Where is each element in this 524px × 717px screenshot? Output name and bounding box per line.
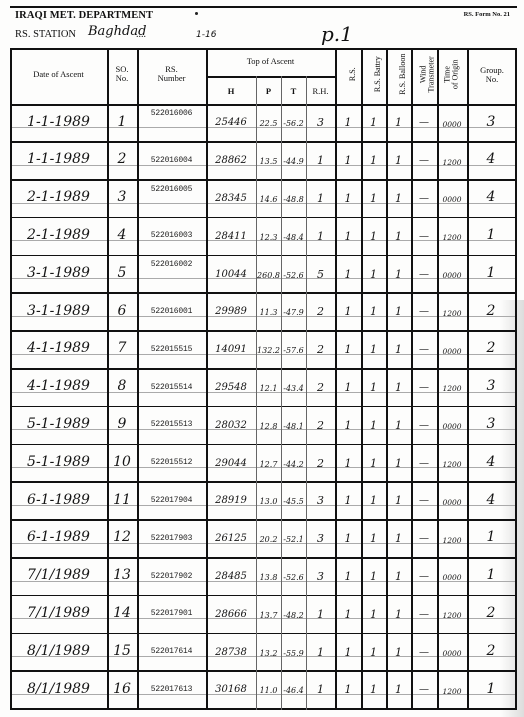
header-t: T (281, 87, 306, 96)
date-cell: 2-1-1989 (10, 227, 107, 243)
header-so-no-line2: No. (107, 74, 137, 83)
rs-number-cell: 522017903 (137, 534, 206, 543)
time-of-origin-cell: 0000 (437, 271, 467, 280)
date-cell: 1-1-1989 (10, 151, 107, 167)
header-group-line2: No. (467, 75, 517, 84)
battery-cell: 1 (361, 154, 386, 167)
so-number-cell: 5 (107, 265, 137, 281)
pressure-cell: 260.8 (256, 271, 281, 280)
time-of-origin-cell: 0000 (437, 649, 467, 658)
date-cell: 7/1/1989 (10, 605, 107, 621)
rs-cell: 1 (335, 154, 361, 167)
humidity-cell: 1 (306, 192, 335, 205)
rs-number-cell: 522015515 (137, 345, 206, 354)
time-of-origin-cell: 1200 (437, 309, 467, 318)
battery-cell: 1 (361, 683, 386, 696)
balloon-cell: 1 (386, 343, 411, 356)
humidity-cell: 1 (306, 154, 335, 167)
table-row: 4-1-1989752201551514091132.2-57.62111—00… (10, 332, 517, 370)
wind-transmitter-cell: — (411, 684, 437, 695)
wind-transmitter-cell: — (411, 155, 437, 166)
header-p: P (256, 87, 281, 96)
height-cell: 26125 (206, 533, 256, 544)
date-cell: 8/1/1989 (10, 643, 107, 659)
height-cell: 10044 (206, 269, 256, 280)
group-number-cell: 2 (467, 643, 515, 659)
wind-transmitter-cell: — (411, 609, 437, 620)
battery-cell: 1 (361, 532, 386, 545)
height-cell: 28411 (206, 231, 256, 242)
rs-number-cell: 522015514 (137, 383, 206, 392)
humidity-cell: 2 (306, 381, 335, 394)
pressure-cell: 13.8 (256, 573, 281, 582)
rs-number-cell: 522017904 (137, 496, 206, 505)
pressure-cell: 11.3 (256, 308, 281, 317)
height-cell: 14091 (206, 344, 256, 355)
height-cell: 25446 (206, 117, 256, 128)
rs-cell: 1 (335, 230, 361, 243)
pressure-cell: 132.2 (256, 346, 281, 355)
row-rule (10, 708, 517, 710)
table-row: 6-1-1989125220179032612520.2-52.13111—12… (10, 521, 517, 559)
so-number-cell: 8 (107, 378, 137, 394)
top-of-ascent-rule (206, 76, 335, 78)
rs-cell: 1 (335, 608, 361, 621)
column-rule (107, 48, 109, 710)
battery-cell: 1 (361, 305, 386, 318)
group-number-cell: 3 (467, 114, 515, 130)
table-row: 5-1-198995220155132803212.8-48.12111—000… (10, 407, 517, 445)
time-of-origin-cell: 1200 (437, 460, 467, 469)
wind-transmitter-cell: — (411, 647, 437, 658)
height-cell: 28666 (206, 609, 256, 620)
pressure-cell: 20.2 (256, 535, 281, 544)
humidity-cell: 2 (306, 457, 335, 470)
temperature-cell: -48.4 (281, 233, 306, 242)
table-row: 7/1/1989135220179022848513.8-52.63111—00… (10, 559, 517, 597)
rs-number-cell: 522015513 (137, 420, 206, 429)
column-rule (411, 48, 413, 710)
header-rs-balloon: R.S. Balloon (399, 34, 407, 114)
header-h: H (206, 87, 256, 96)
height-cell: 29044 (206, 458, 256, 469)
so-number-cell: 2 (107, 151, 137, 167)
group-number-cell: 1 (467, 681, 515, 697)
pressure-cell: 14.6 (256, 195, 281, 204)
balloon-cell: 1 (386, 305, 411, 318)
battery-cell: 1 (361, 192, 386, 205)
time-of-origin-cell: 1200 (437, 687, 467, 696)
header-rs-number-line2: Number (137, 74, 206, 83)
date-cell: 2-1-1989 (10, 189, 107, 205)
column-rule (281, 76, 282, 710)
date-cell: 5-1-1989 (10, 416, 107, 432)
date-cell: 8/1/1989 (10, 681, 107, 697)
battery-cell: 1 (361, 608, 386, 621)
station-dots: .... (136, 29, 146, 40)
column-rule (335, 48, 337, 710)
battery-cell: 1 (361, 494, 386, 507)
rs-cell: 1 (335, 494, 361, 507)
humidity-cell: 3 (306, 494, 335, 507)
group-number-cell: 2 (467, 340, 515, 356)
form-number: RS. Form No. 21 (464, 11, 510, 18)
temperature-cell: -48.8 (281, 195, 306, 204)
battery-cell: 1 (361, 419, 386, 432)
date-cell: 3-1-1989 (10, 303, 107, 319)
table-row: 2-1-198935220160052834514.6-48.81111—000… (10, 181, 517, 219)
header-so-no: SO. No. (107, 65, 137, 83)
group-number-cell: 2 (467, 605, 515, 621)
header-top-rule (10, 48, 517, 50)
humidity-cell: 2 (306, 343, 335, 356)
rs-cell: 1 (335, 419, 361, 432)
wind-transmitter-cell: — (411, 193, 437, 204)
pressure-cell: 12.8 (256, 422, 281, 431)
wind-transmitter-cell: — (411, 533, 437, 544)
header-date: Date of Ascent (10, 70, 107, 79)
battery-cell: 1 (361, 570, 386, 583)
balloon-cell: 1 (386, 192, 411, 205)
temperature-cell: -57.6 (281, 346, 306, 355)
header-rs-battery: R.S. Battry (374, 34, 382, 114)
temperature-cell: -48.1 (281, 422, 306, 431)
ascent-table: Date of Ascent SO. No. RS. Number Top of… (10, 48, 517, 712)
height-cell: 28919 (206, 495, 256, 506)
balloon-cell: 1 (386, 608, 411, 621)
wind-transmitter-cell: — (411, 458, 437, 469)
balloon-cell: 1 (386, 381, 411, 394)
header-rh: R.H. (306, 87, 335, 96)
entry-range: 1-16 (196, 30, 216, 40)
date-cell: 6-1-1989 (10, 529, 107, 545)
battery-cell: 1 (361, 116, 386, 129)
rs-number-cell: 522017614 (137, 647, 206, 656)
group-number-cell: 4 (467, 454, 515, 470)
rs-number-cell: 522016006 (137, 109, 206, 118)
date-cell: 1-1-1989 (10, 114, 107, 130)
column-rule (306, 76, 307, 710)
column-rule (137, 48, 139, 710)
balloon-cell: 1 (386, 419, 411, 432)
temperature-cell: -52.6 (281, 573, 306, 582)
pressure-cell: 13.0 (256, 497, 281, 506)
so-number-cell: 11 (107, 492, 137, 508)
group-number-cell: 2 (467, 303, 515, 319)
temperature-cell: -55.9 (281, 649, 306, 658)
so-number-cell: 16 (107, 681, 137, 697)
form-page: IRAQI MET. DEPARTMENT RS. Form No. 21 RS… (0, 0, 524, 717)
pressure-cell: 12.3 (256, 233, 281, 242)
rs-number-cell: 522017902 (137, 572, 206, 581)
balloon-cell: 1 (386, 532, 411, 545)
rs-number-cell: 522016001 (137, 307, 206, 316)
table-row: 2-1-198945220160032841112.3-48.41111—120… (10, 218, 517, 256)
time-of-origin-cell: 0000 (437, 120, 467, 129)
time-of-origin-cell: 0000 (437, 195, 467, 204)
so-number-cell: 15 (107, 643, 137, 659)
rs-cell: 1 (335, 305, 361, 318)
table-row: 8/1/1989165220176133016811.0-46.41111—12… (10, 672, 517, 710)
rs-cell: 1 (335, 343, 361, 356)
so-number-cell: 7 (107, 340, 137, 356)
temperature-cell: -44.9 (281, 157, 306, 166)
wind-transmitter-cell: — (411, 420, 437, 431)
wind-transmitter-cell: — (411, 495, 437, 506)
group-number-cell: 4 (467, 189, 515, 205)
header-rs-number: RS. Number (137, 65, 206, 83)
temperature-cell: -52.6 (281, 271, 306, 280)
so-number-cell: 13 (107, 567, 137, 583)
rs-cell: 1 (335, 192, 361, 205)
rs-cell: 1 (335, 646, 361, 659)
wind-transmitter-cell: — (411, 306, 437, 317)
battery-cell: 1 (361, 457, 386, 470)
humidity-cell: 1 (306, 230, 335, 243)
table-row: 4-1-198985220155142954812.1-43.42111—120… (10, 370, 517, 408)
column-rule (361, 48, 363, 710)
height-cell: 28738 (206, 647, 256, 658)
station-label: RS. STATION (15, 29, 76, 40)
rs-cell: 1 (335, 381, 361, 394)
pressure-cell: 12.1 (256, 384, 281, 393)
wind-transmitter-cell: — (411, 269, 437, 280)
wind-transmitter-cell: — (411, 382, 437, 393)
date-cell: 6-1-1989 (10, 492, 107, 508)
height-cell: 28485 (206, 571, 256, 582)
pressure-cell: 22.5 (256, 119, 281, 128)
humidity-cell: 3 (306, 116, 335, 129)
rs-number-cell: 522015512 (137, 458, 206, 467)
column-rule (256, 76, 257, 710)
pressure-cell: 12.7 (256, 460, 281, 469)
humidity-cell: 5 (306, 268, 335, 281)
table-row: 5-1-1989105220155122904412.7-44.22111—12… (10, 445, 517, 483)
time-of-origin-cell: 0000 (437, 498, 467, 507)
humidity-cell: 1 (306, 608, 335, 621)
battery-cell: 1 (361, 343, 386, 356)
temperature-cell: -48.2 (281, 611, 306, 620)
height-cell: 28032 (206, 420, 256, 431)
rs-number-cell: 522016003 (137, 231, 206, 240)
group-number-cell: 1 (467, 227, 515, 243)
column-rule (467, 48, 469, 710)
so-number-cell: 3 (107, 189, 137, 205)
balloon-cell: 1 (386, 116, 411, 129)
rs-cell: 1 (335, 683, 361, 696)
temperature-cell: -52.1 (281, 535, 306, 544)
column-rule (10, 48, 12, 710)
humidity-cell: 3 (306, 532, 335, 545)
rs-cell: 1 (335, 116, 361, 129)
battery-cell: 1 (361, 268, 386, 281)
so-number-cell: 9 (107, 416, 137, 432)
height-cell: 28862 (206, 155, 256, 166)
balloon-cell: 1 (386, 683, 411, 696)
top-rule (10, 6, 517, 8)
so-number-cell: 6 (107, 303, 137, 319)
time-of-origin-cell: 0000 (437, 422, 467, 431)
balloon-cell: 1 (386, 457, 411, 470)
wind-transmitter-cell: — (411, 231, 437, 242)
temperature-cell: -56.2 (281, 119, 306, 128)
pressure-cell: 13.7 (256, 611, 281, 620)
column-rule (386, 48, 388, 710)
height-cell: 29989 (206, 306, 256, 317)
rs-cell: 1 (335, 570, 361, 583)
date-cell: 4-1-1989 (10, 340, 107, 356)
humidity-cell: 2 (306, 419, 335, 432)
table-row: 1-1-198915220160062544622.5-56.23111—000… (10, 105, 517, 143)
battery-cell: 1 (361, 381, 386, 394)
group-number-cell: 4 (467, 492, 515, 508)
group-number-cell: 3 (467, 378, 515, 394)
date-cell: 3-1-1989 (10, 265, 107, 281)
time-of-origin-cell: 1200 (437, 611, 467, 620)
pressure-cell: 13.2 (256, 649, 281, 658)
so-number-cell: 4 (107, 227, 137, 243)
temperature-cell: -44.2 (281, 460, 306, 469)
rs-number-cell: 522016002 (137, 260, 206, 269)
humidity-cell: 2 (306, 305, 335, 318)
balloon-cell: 1 (386, 268, 411, 281)
rs-number-cell: 522016004 (137, 156, 206, 165)
time-of-origin-cell: 1200 (437, 233, 467, 242)
rs-number-cell: 522017613 (137, 685, 206, 694)
date-cell: 4-1-1989 (10, 378, 107, 394)
balloon-cell: 1 (386, 646, 411, 659)
pressure-cell: 11.0 (256, 686, 281, 695)
balloon-cell: 1 (386, 570, 411, 583)
balloon-cell: 1 (386, 154, 411, 167)
table-row: 7/1/1989145220179012866613.7-48.21111—12… (10, 596, 517, 634)
column-rule (206, 48, 208, 710)
header-group-no: Group. No. (467, 66, 517, 84)
group-number-cell: 1 (467, 265, 515, 281)
date-cell: 7/1/1989 (10, 567, 107, 583)
group-number-cell: 1 (467, 567, 515, 583)
balloon-cell: 1 (386, 494, 411, 507)
humidity-cell: 3 (306, 570, 335, 583)
column-rule (437, 48, 439, 710)
rs-number-cell: 522017901 (137, 609, 206, 618)
so-number-cell: 1 (107, 114, 137, 130)
rs-cell: 1 (335, 268, 361, 281)
table-row: 6-1-1989115220179042891913.0-45.53111—00… (10, 483, 517, 521)
table-row: 8/1/1989155220176142873813.2-55.91111—00… (10, 634, 517, 672)
time-of-origin-cell: 1200 (437, 158, 467, 167)
so-number-cell: 12 (107, 529, 137, 545)
so-number-cell: 14 (107, 605, 137, 621)
ink-dot (195, 12, 198, 15)
time-of-origin-cell: 0000 (437, 573, 467, 582)
rs-cell: 1 (335, 532, 361, 545)
date-cell: 5-1-1989 (10, 454, 107, 470)
wind-transmitter-cell: — (411, 344, 437, 355)
time-of-origin-cell: 1200 (437, 536, 467, 545)
battery-cell: 1 (361, 646, 386, 659)
department-title: IRAQI MET. DEPARTMENT (15, 10, 153, 21)
humidity-cell: 1 (306, 646, 335, 659)
battery-cell: 1 (361, 230, 386, 243)
so-number-cell: 10 (107, 454, 137, 470)
table-row: 1-1-198925220160042886213.5-44.91111—120… (10, 143, 517, 181)
time-of-origin-cell: 1200 (437, 384, 467, 393)
header-top-of-ascent: Top of Ascent (206, 57, 335, 66)
wind-transmitter-cell: — (411, 571, 437, 582)
header-rs: R.S. (349, 44, 357, 104)
height-cell: 29548 (206, 382, 256, 393)
height-cell: 30168 (206, 684, 256, 695)
height-cell: 28345 (206, 193, 256, 204)
temperature-cell: -43.4 (281, 384, 306, 393)
column-rule (515, 48, 517, 710)
table-row: 3-1-1989552201600210044260.8-52.65111—00… (10, 256, 517, 294)
temperature-cell: -47.9 (281, 308, 306, 317)
group-number-cell: 3 (467, 416, 515, 432)
temperature-cell: -46.4 (281, 686, 306, 695)
temperature-cell: -45.5 (281, 497, 306, 506)
table-row: 3-1-198965220160012998911.3-47.92111—120… (10, 294, 517, 332)
time-of-origin-cell: 0000 (437, 347, 467, 356)
balloon-cell: 1 (386, 230, 411, 243)
humidity-cell: 1 (306, 683, 335, 696)
rs-number-cell: 522016005 (137, 185, 206, 194)
pressure-cell: 13.5 (256, 157, 281, 166)
rs-cell: 1 (335, 457, 361, 470)
page-mark: p.1 (321, 22, 353, 46)
wind-transmitter-cell: — (411, 117, 437, 128)
group-number-cell: 4 (467, 151, 515, 167)
group-number-cell: 1 (467, 529, 515, 545)
